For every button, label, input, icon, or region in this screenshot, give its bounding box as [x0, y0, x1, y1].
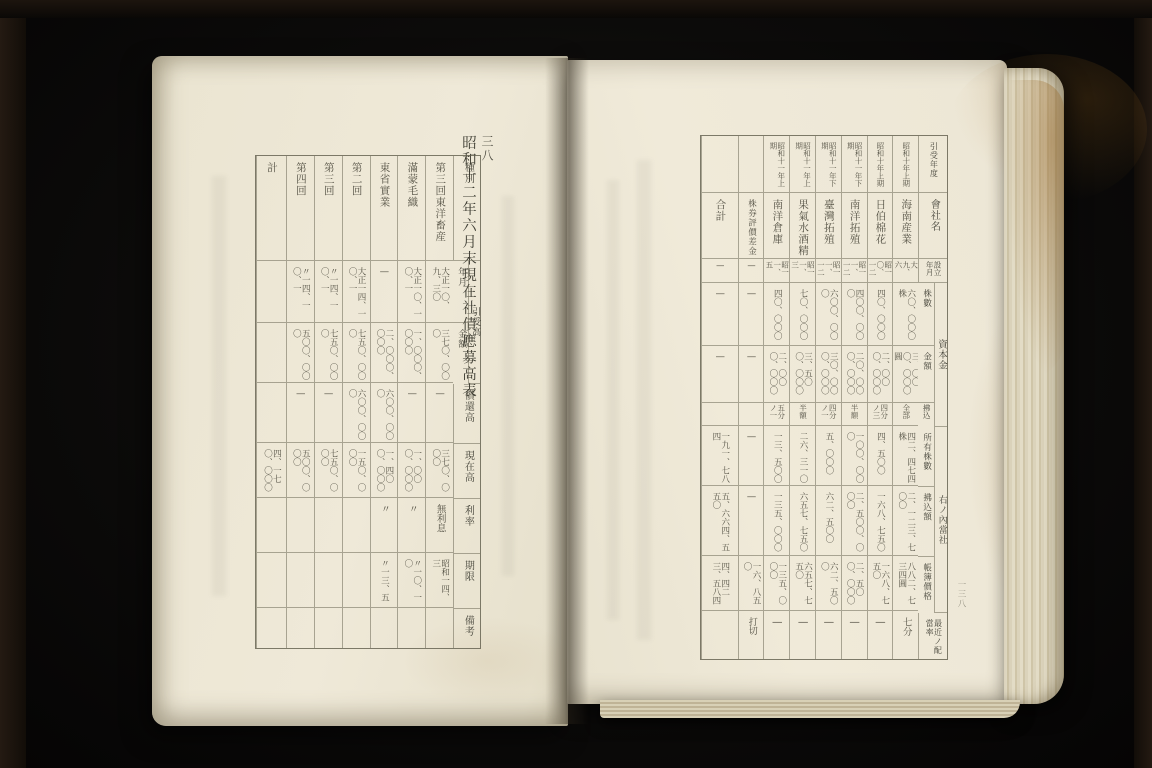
company-dividend: ―: [772, 617, 782, 628]
company-dividend: 七分: [901, 617, 911, 636]
company-book-value: 六五七、七五〇: [794, 562, 812, 610]
company-capital-amount: 三、〇〇〇、〇〇〇圓: [892, 352, 918, 402]
company-held-shares: 四、五〇〇: [875, 432, 884, 475]
bleed-through-text: [637, 160, 651, 640]
company-book-value: 一六八、七五〇: [871, 562, 889, 610]
left-table-header-column: 種別 引受高 年月 金額 償還高 現在高 利率 期限 備考: [453, 156, 480, 648]
bond-date: ―: [379, 267, 388, 277]
bond-name: 第二回: [351, 162, 362, 197]
bond-rate: 〃: [407, 504, 417, 514]
bond-subscription-table: 種別 引受高 年月 金額 償還高 現在高 利率 期限 備考 第三回東洋畜産 大正…: [255, 155, 481, 649]
company-name: 日伯棉花: [874, 199, 885, 245]
company-capital-shares: 七〇、〇〇〇: [798, 289, 807, 340]
header-underwriting-group: 引受高: [470, 307, 479, 337]
bond-row: 第三回 〃一四、一〇、一 七五〇、〇〇〇 ― 七五〇、〇〇〇: [314, 156, 342, 648]
company-established: ―: [716, 261, 724, 270]
bond-term: 〃一三、五: [379, 559, 388, 602]
bond-name: 第三回: [323, 162, 334, 197]
company-dividend: ―: [875, 617, 885, 628]
bleed-through-text: [212, 176, 226, 596]
company-name: 合計: [714, 199, 725, 222]
company-underwriting-year: 昭和十一年上期: [769, 142, 785, 192]
header-date: 年月: [456, 267, 465, 287]
company-row: 昭和十年上期 海南産業 大九、六 六〇、〇〇〇株 三、〇〇〇、〇〇〇圓 全部 四…: [892, 136, 918, 659]
header-held-paid: 拂込額: [922, 493, 931, 522]
company-established: 昭一一、三: [791, 261, 815, 282]
company-capital-amount: 三〇、〇〇〇、〇〇〇: [819, 352, 837, 402]
company-paid-ratio: 四分ノ三: [872, 404, 888, 425]
company-held-paid: ―: [747, 492, 756, 502]
company-capital-amount: ―: [747, 352, 756, 362]
right-table-header-column: 引受年度 會社名 設立年月 資本金 株數 金額 拂込 右ノ內當社 所有株數 拂込…: [918, 136, 947, 659]
company-paid-ratio: 半額: [850, 404, 858, 419]
company-held-paid: 一六八、七五〇: [875, 492, 884, 552]
bond-name: 東省實業: [378, 162, 389, 208]
header-remarks: 備考: [462, 615, 473, 637]
bond-amount: 一、〇〇〇、〇〇〇: [403, 329, 421, 382]
company-capital-amount: 二、〇〇〇、〇〇〇: [768, 352, 786, 402]
company-book-value: 六二、五〇〇: [819, 562, 837, 610]
bond-rate: 〃: [379, 504, 389, 514]
bond-row: 東省實業 ― 二、〇〇〇、〇〇〇 六〇〇、〇〇〇 一、四〇〇、〇〇〇 〃 〃一三…: [370, 156, 398, 648]
company-capital-amount: 二〇、〇〇〇、〇〇〇: [845, 352, 863, 402]
company-paid-ratio: 半額: [799, 404, 807, 419]
company-book-value: 二、五〇〇、〇〇〇: [845, 562, 863, 610]
header-type: 種別: [462, 162, 473, 184]
company-row: 昭和十一年上期 南洋倉庫 昭一一、五 四〇、〇〇〇 二、〇〇〇、〇〇〇 五分ノ一…: [763, 136, 789, 659]
company-held-shares: 四二、四七四株: [897, 432, 915, 485]
bond-amount: 二、〇〇〇、〇〇〇: [375, 329, 393, 382]
photo-frame-top: [0, 0, 1152, 18]
header-amount: 金額: [456, 329, 465, 349]
company-book-value: 一三五、〇〇〇: [768, 562, 786, 610]
company-shareholding-table: 引受年度 會社名 設立年月 資本金 株數 金額 拂込 右ノ內當社 所有株數 拂込…: [700, 135, 948, 660]
company-name: 南洋拓殖: [849, 199, 860, 245]
bond-redeemed: 六〇〇、〇〇〇: [347, 389, 365, 442]
header-paid-in: 拂込: [922, 404, 930, 419]
company-row: 昭和十一年下期 南洋拓殖 昭一一、一二 四〇〇、〇〇〇 二〇、〇〇〇、〇〇〇 半…: [841, 136, 867, 659]
page-number: 一三八: [955, 580, 967, 609]
bond-redeemed: ―: [435, 389, 444, 399]
bond-row: 第二回 大正一四、一〇、一 七五〇、〇〇〇 六〇〇、〇〇〇 一五〇、〇〇〇: [342, 156, 370, 648]
header-capital-amount: 金額: [922, 352, 931, 371]
company-book-value: 一六、八五〇: [742, 562, 760, 610]
company-established: 昭一一、一二: [817, 261, 841, 282]
company-capital-shares: 四〇〇、〇〇〇: [845, 289, 863, 345]
company-held-paid: 六二、五〇〇: [824, 492, 833, 543]
header-book-value: 帳簿價格: [922, 563, 931, 601]
bond-date: 〃一四、一〇、一: [319, 267, 337, 322]
company-dividend-note: 打切: [746, 617, 755, 635]
company-held-shares: 一九一、七八四: [711, 432, 729, 485]
header-capital-shares: 株數: [922, 289, 931, 308]
bond-date: 大正一四、一〇、一: [347, 267, 365, 322]
company-capital-shares: 六〇、〇〇〇株: [897, 289, 915, 345]
company-capital-amount: ―: [715, 352, 724, 362]
bond-redeemed: 六〇〇、〇〇〇: [375, 389, 393, 442]
bond-name: 第四回: [295, 162, 306, 197]
header-capital-group: 資本金: [936, 339, 946, 371]
company-established: ―: [747, 261, 755, 270]
bond-outstanding: 四、一七〇、〇〇〇: [263, 449, 281, 497]
bond-name: 滿蒙毛織: [406, 162, 417, 208]
page-number: 三八: [479, 135, 496, 519]
header-underwriting-year: 引受年度: [929, 142, 937, 178]
company-capital-amount: 三、五〇〇、〇〇〇: [794, 352, 812, 402]
company-dividend: ―: [798, 617, 808, 628]
company-name: 果氣水酒精: [797, 199, 808, 257]
company-underwriting-year: 昭和十年上期: [876, 142, 884, 187]
company-held-shares: 一〇〇、〇〇〇: [845, 432, 863, 485]
company-held-paid: 二、五〇〇、〇〇〇: [845, 492, 863, 555]
photo-frame-right: [1134, 0, 1152, 768]
company-row: 昭和十年上期 日伯棉花 昭一〇、一二 四〇、〇〇〇 二、〇〇〇、〇〇〇 四分ノ三…: [867, 136, 893, 659]
bond-amount: 七五〇、〇〇〇: [319, 329, 337, 382]
bond-term: 〃一〇、一〇: [403, 559, 421, 607]
company-name: 株券評價差金: [747, 199, 756, 256]
bond-term: 昭和一四、三: [431, 559, 449, 607]
company-underwriting-year: 昭和十一年下期: [846, 142, 862, 192]
header-held-shares: 所有株數: [922, 433, 931, 471]
bleed-through-text: [502, 196, 514, 576]
bond-amount: 七五〇、〇〇〇: [347, 329, 365, 382]
company-established: 昭一一、五: [765, 261, 789, 282]
company-total-row: 合計 ― ― ― 一九一、七八四 五、六六四、五五〇 四、四二三、五八四: [701, 136, 738, 659]
company-held-paid: 二、一二三、七〇〇: [897, 492, 915, 555]
bond-rate: 無利息: [435, 504, 445, 533]
company-dividend: ―: [823, 617, 833, 628]
bond-row: 滿蒙毛織 大正一〇、一〇、一 一、〇〇〇、〇〇〇 ― 一、〇〇〇、〇〇〇 〃 〃…: [397, 156, 425, 648]
company-name: 南洋倉庫: [771, 199, 782, 245]
company-book-value: 四、四二三、五八四: [711, 562, 729, 610]
company-capital-amount: 二、〇〇〇、〇〇〇: [871, 352, 889, 402]
bond-date: 大正一〇、九、三〇: [431, 267, 449, 322]
bond-outstanding: 五〇〇、〇〇〇: [291, 449, 309, 497]
company-held-shares: 五、〇〇〇: [824, 432, 833, 475]
bond-outstanding: 三七〇、〇〇〇: [431, 449, 449, 497]
company-capital-shares: 四〇、〇〇〇: [772, 289, 781, 340]
bond-outstanding: 一五〇、〇〇〇: [347, 449, 365, 497]
bond-redeemed: ―: [296, 389, 305, 399]
company-paid-ratio: 全部: [902, 404, 910, 419]
header-rate: 利率: [462, 505, 473, 527]
company-capital-shares: 四〇、〇〇〇: [875, 289, 884, 340]
company-held-shares: ―: [747, 432, 756, 442]
header-term: 期限: [462, 560, 473, 582]
bond-amount: 五〇〇、〇〇〇: [291, 329, 309, 382]
bond-redeemed: ―: [407, 389, 416, 399]
company-established: 昭一一、一二: [842, 261, 866, 282]
header-redeemed: 償還高: [462, 390, 473, 423]
company-paid-ratio: 五分ノ一: [769, 404, 785, 425]
bond-date: 〃一四、一〇、一: [291, 267, 309, 322]
company-paid-ratio: 四分ノ一: [820, 404, 836, 425]
company-book-value: 八八二、七三四圓: [897, 562, 915, 610]
bond-row: 第四回 〃一四、一〇、一 五〇〇、〇〇〇 ― 五〇〇、〇〇〇: [286, 156, 314, 648]
photo-frame-left: [0, 0, 26, 768]
header-company-name: 會社名: [928, 199, 939, 232]
company-underwriting-year: 昭和十年上期: [902, 142, 910, 187]
company-established: 昭一〇、一二: [868, 261, 892, 282]
page-stack-edge: [1004, 68, 1064, 704]
company-capital-shares: 六〇〇、〇〇〇: [819, 289, 837, 345]
header-established: 設立年月: [925, 261, 941, 282]
company-held-paid: 五、六六四、五五〇: [711, 492, 729, 555]
company-held-paid: 一三五、〇〇〇: [772, 492, 781, 552]
bond-amount: 三七〇、〇〇〇: [431, 329, 449, 382]
company-held-shares: 一三、五〇〇: [772, 432, 781, 483]
company-name: 臺灣拓殖: [823, 199, 834, 245]
company-capital-shares: ―: [715, 289, 724, 299]
bond-redeemed: ―: [324, 389, 333, 399]
bond-total-row: 計 四、一七〇、〇〇〇: [256, 156, 286, 648]
bond-date: 大正一〇、一〇、一: [403, 267, 421, 322]
bond-row: 第三回東洋畜産 大正一〇、九、三〇 三七〇、〇〇〇 ― 三七〇、〇〇〇 無利息 …: [425, 156, 453, 648]
valuation-adjustment-row: 株券評價差金 ― ― ― ― ― 一六、八五〇 打切: [738, 136, 764, 659]
company-dividend: ―: [849, 617, 859, 628]
bond-outstanding: 一、〇〇〇、〇〇〇: [403, 449, 421, 497]
company-row: 昭和十一年下期 臺灣拓殖 昭一一、一二 六〇〇、〇〇〇 三〇、〇〇〇、〇〇〇 四…: [815, 136, 841, 659]
bond-name: 計: [266, 162, 277, 174]
header-dividend: 最近ノ配當率: [925, 619, 942, 659]
company-held-paid: 六五七、七五〇: [798, 492, 807, 552]
company-underwriting-year: 昭和十一年下期: [820, 142, 836, 192]
company-established: 大九、六: [894, 261, 918, 282]
bond-outstanding: 七五〇、〇〇〇: [319, 449, 337, 497]
company-row: 昭和十一年上期 果氣水酒精 昭一一、三 七〇、〇〇〇 三、五〇〇、〇〇〇 半額 …: [789, 136, 815, 659]
bond-outstanding: 一、四〇〇、〇〇〇: [375, 449, 393, 497]
header-holdings-group: 右ノ內當社: [936, 495, 945, 545]
bond-name: 第三回東洋畜産: [434, 162, 445, 243]
company-capital-shares: ―: [747, 289, 756, 299]
company-name: 海南産業: [900, 199, 911, 245]
header-outstanding: 現在高: [462, 450, 473, 483]
bleed-through-text: [607, 180, 619, 620]
page-stack-bottom: [600, 700, 1020, 718]
company-underwriting-year: 昭和十一年上期: [795, 142, 811, 192]
company-held-shares: 二六、三一〇: [798, 432, 807, 483]
